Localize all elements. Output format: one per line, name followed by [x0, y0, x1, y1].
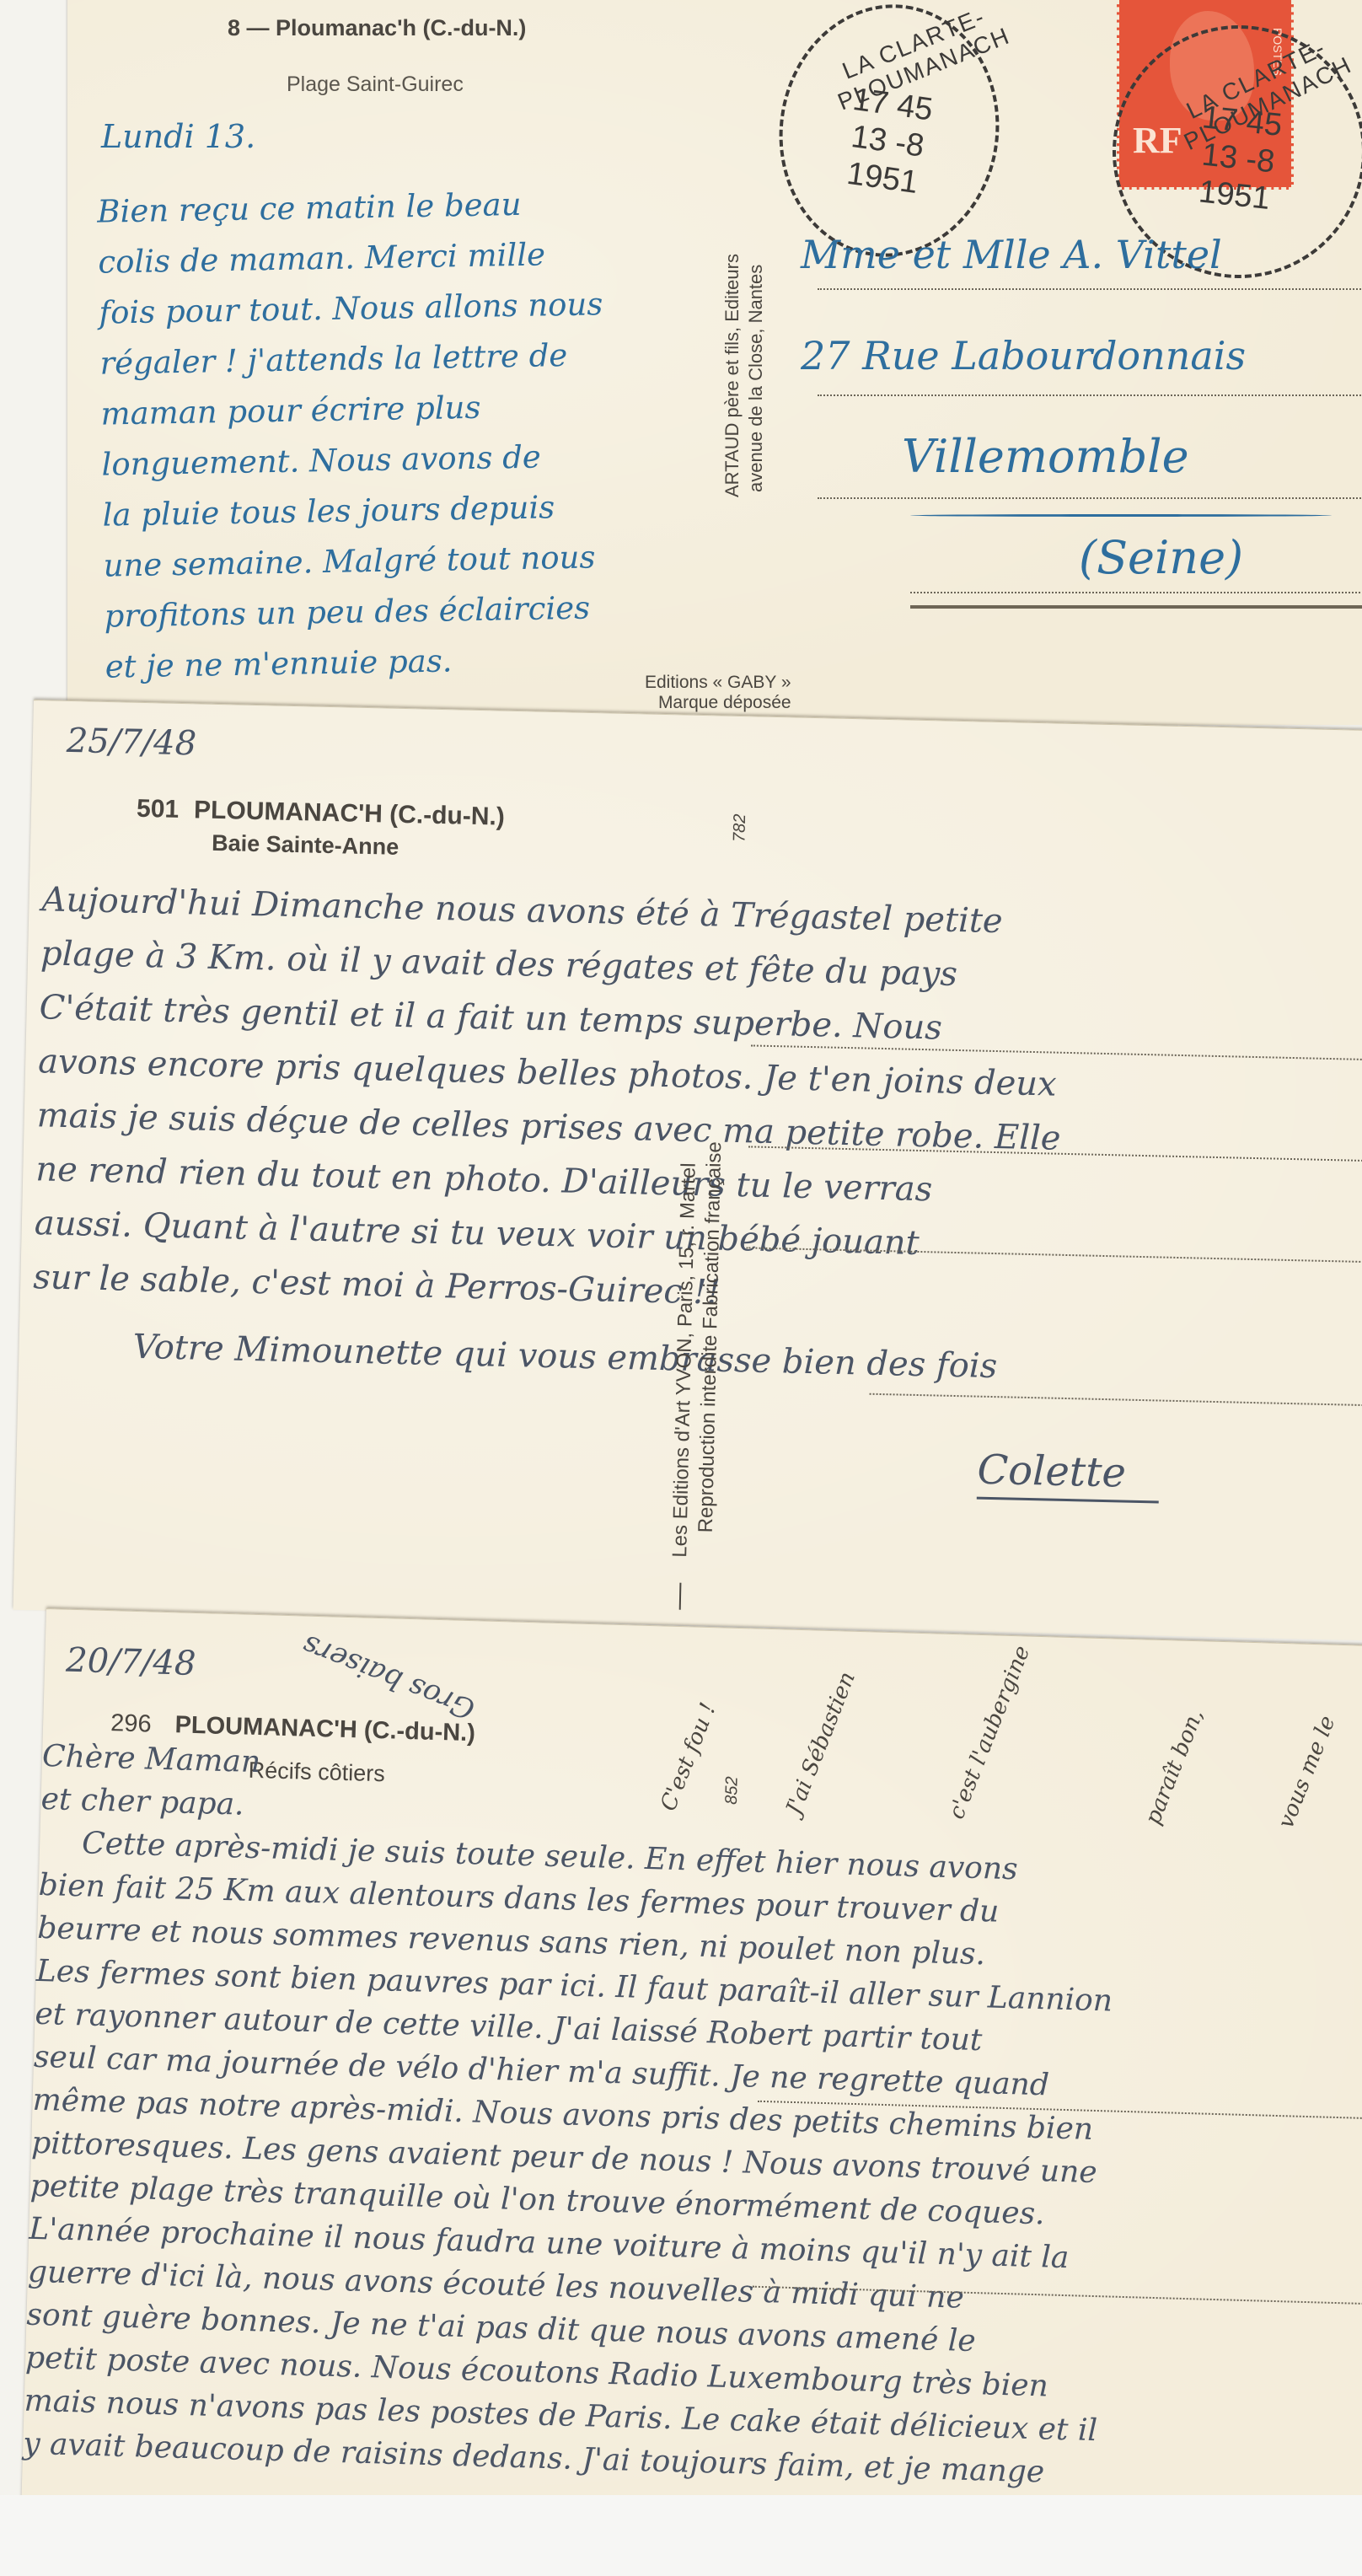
address-underline	[910, 514, 1332, 517]
divider-tick	[679, 1583, 682, 1610]
address-line-4: (Seine)	[1079, 531, 1243, 584]
postcard-recifs-cotiers: 20/7/48 Gros baisers 296PLOUMANAC'H (C.-…	[21, 1608, 1362, 2540]
message-date: 25/7/48	[66, 722, 196, 763]
address-rule	[818, 394, 1362, 396]
top-note: Gros baisers	[298, 1628, 480, 1726]
card-title: 8 — Ploumanac'h (C.-du-N.)	[228, 15, 526, 41]
postcard-baie-sainte-anne: 25/7/48 501PLOUMANAC'H (C.-du-N.) Baie S…	[13, 700, 1362, 1640]
message-date: 20/7/48	[66, 1641, 196, 1683]
signature: Colette	[977, 1446, 1161, 1504]
publisher-imprint: Les Editions d'Art YVON, Paris, 15, r. M…	[668, 1140, 727, 1558]
card-number: 296	[110, 1709, 152, 1737]
message-date: Lundi 13.	[101, 118, 255, 155]
card-number: 501	[137, 795, 180, 824]
address-rule	[818, 497, 1362, 499]
margin-notes: C'est fou ! J'ai Sébastien c'est l'auber…	[630, 1659, 1362, 1849]
editions-gaby: Editions « GABY » Marque déposée	[645, 673, 791, 713]
card-title: 501PLOUMANAC'H (C.-du-N.)	[137, 795, 505, 832]
postmark-left: LA CLARTE-PLOUMANACH 17 45 13 -8 1951	[763, 0, 1015, 271]
address-rule	[870, 1393, 1362, 1407]
card-ref-number: 852	[722, 1776, 743, 1805]
postcard-plage-saint-guirec: 8 — Ploumanac'h (C.-du-N.) Plage Saint-G…	[67, 0, 1362, 725]
address-line-2: 27 Rue Labourdonnais	[801, 333, 1246, 378]
card-ref-number: 782	[730, 813, 750, 842]
card-subtitle: Baie Sainte-Anne	[212, 830, 399, 861]
scan-background	[0, 2495, 1362, 2576]
address-line-1: Mme et Mlle A. Vittel	[801, 232, 1222, 277]
address-rule	[818, 288, 1362, 290]
address-line-3: Villemomble	[902, 430, 1189, 483]
card-subtitle: Plage Saint-Guirec	[287, 72, 464, 97]
publisher-imprint: ARTAUD père et fils, Editeurs avenue de …	[721, 254, 768, 497]
message-line: Votre Mimounette qui vous embrasse bien …	[31, 1318, 1056, 1395]
message-body: Bien reçu ce matin le beau colis de mama…	[101, 181, 742, 687]
message-body: Aujourd'hui Dimanche nous avons été à Tr…	[42, 872, 1357, 902]
address-rule-solid	[910, 605, 1362, 609]
address-rule	[910, 592, 1362, 593]
